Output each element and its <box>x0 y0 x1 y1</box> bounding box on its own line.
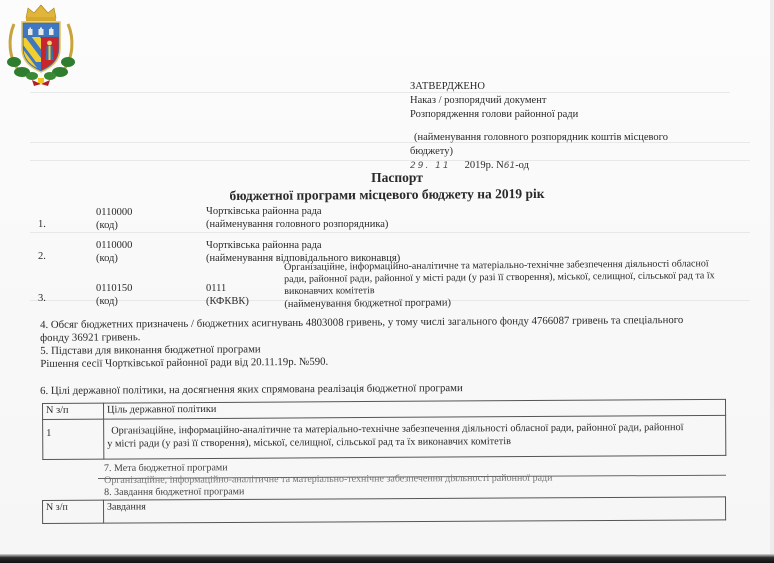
item-2-code: 0110000 <box>96 239 132 252</box>
item-3-kfkvk-block: 0111 (КФКВК) <box>206 282 249 308</box>
table-row: 1 Організаційне, інформаційно-аналітичне… <box>43 415 726 459</box>
item-1-code-label: (код) <box>96 219 132 232</box>
column-header-number: N з/п <box>43 500 104 523</box>
item-1-number: 1. <box>38 219 46 230</box>
item-2-code-label: (код) <box>96 252 132 265</box>
item-2-code-block: 0110000 (код) <box>96 239 132 265</box>
approval-heading: ЗАТВЕРДЖЕНО <box>410 80 668 94</box>
item-3-kfkvk: 0111 <box>206 282 249 295</box>
item-1-name-label: (найменування головного розпорядника) <box>206 218 388 231</box>
row-goal: Організаційне, інформаційно-аналітичне т… <box>104 415 726 459</box>
approval-document-name: Розпорядження голови районної ради <box>410 108 668 122</box>
item-1-code-block: 0110000 (код) <box>96 206 132 232</box>
item-3-name-label: (найменування бюджетної програми) <box>284 295 715 311</box>
section-4-5: 4. Обсяг бюджетних призначень / бюджетни… <box>40 314 684 371</box>
scanner-bottom-edge <box>0 554 774 563</box>
item-2-name: Чортківська районна рада <box>206 239 400 252</box>
item-3-number: 3. <box>38 293 46 304</box>
table-header-row: N з/п Завдання <box>43 497 726 524</box>
column-header-task: Завдання <box>104 497 726 523</box>
item-1-name: Чортківська районна рада <box>206 205 388 218</box>
section-7-text: Організаційне, інформаційно-аналітичне т… <box>104 473 552 487</box>
bleed-through-line <box>30 232 750 233</box>
item-1-code: 0110000 <box>96 206 132 219</box>
section-7: 7. Мета бюджетної програми Організаційне… <box>104 461 553 499</box>
item-3-name-block: Організаційне, інформаційно-аналітичне т… <box>284 258 715 311</box>
policy-goals-table: N з/п Ціль державної політики 1 Організа… <box>42 399 726 460</box>
approval-document-type: Наказ / розпорядчий документ <box>410 94 668 108</box>
item-3-kfkvk-label: (КФКВК) <box>206 295 249 308</box>
approval-caption: (найменування головного розпорядник кошт… <box>410 131 668 145</box>
item-3-code-label: (код) <box>96 295 132 308</box>
tasks-table: N з/п Завдання <box>42 496 726 524</box>
approval-block: ЗАТВЕРДЖЕНО Наказ / розпорядчий документ… <box>410 80 668 173</box>
page-right-edge <box>770 0 774 563</box>
document-title: Паспорт <box>0 170 774 186</box>
row-number: 1 <box>43 419 104 459</box>
item-3-code: 0110150 <box>96 282 132 295</box>
item-3-code-block: 0110150 (код) <box>96 282 132 308</box>
column-header-number: N з/п <box>43 403 104 419</box>
item-2-number: 2. <box>38 251 46 262</box>
section-6-heading: 6. Цілі державної політики, на досягненн… <box>40 382 463 398</box>
coat-of-arms-icon <box>4 2 78 86</box>
approval-caption-cont: бюджету) <box>410 145 668 159</box>
document-subtitle: бюджетної програми місцевого бюджету на … <box>0 184 774 205</box>
item-1-name-block: Чортківська районна рада (найменування г… <box>206 205 388 231</box>
scanned-page: ЗАТВЕРДЖЕНО Наказ / розпорядчий документ… <box>0 0 774 563</box>
